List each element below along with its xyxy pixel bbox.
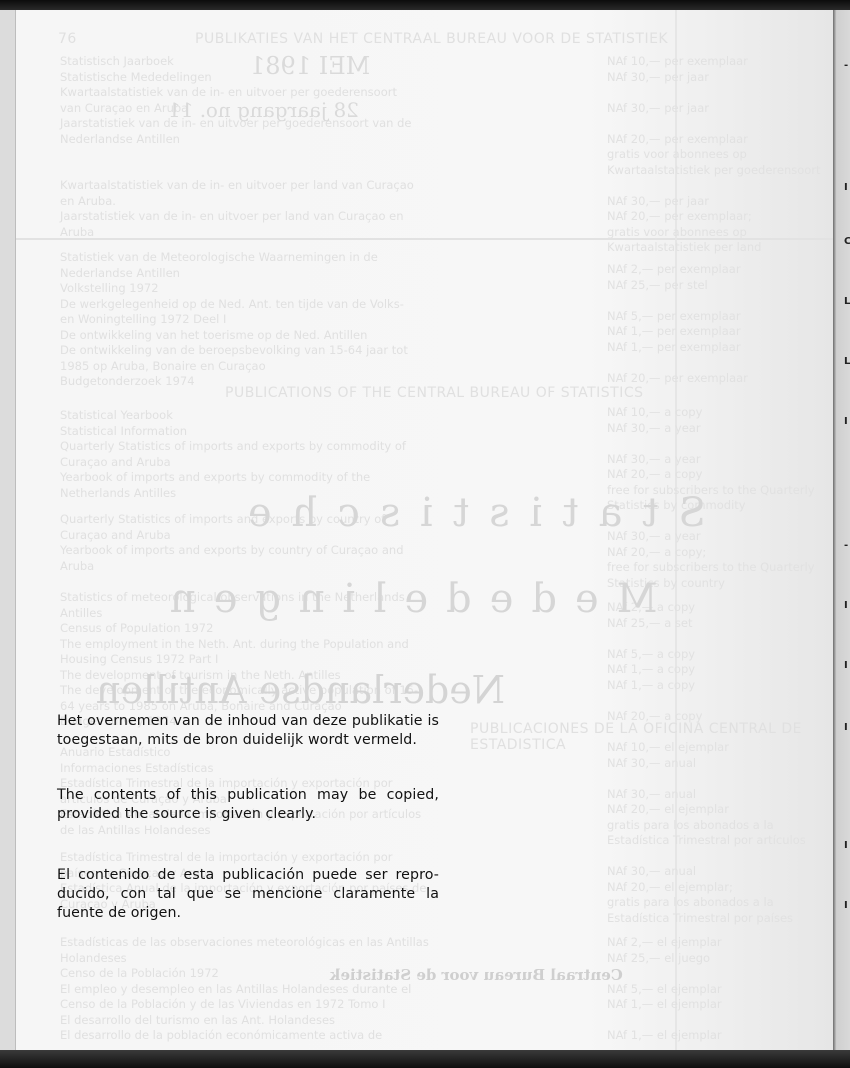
binding-glyph: I	[844, 900, 848, 911]
show-through-header-en: PUBLICATIONS OF THE CENTRAL BUREAU OF ST…	[225, 386, 644, 402]
show-through-prices-nl-2: NAf 2,— per exemplaar NAf 25,— per stel …	[607, 262, 837, 386]
binding-tick: -	[844, 60, 848, 71]
mirrored-issue: 28 jaargang no. 11	[168, 98, 359, 122]
scan-bottom-border	[0, 1050, 850, 1068]
binding-glyph: I	[844, 416, 848, 427]
binding-glyph: L	[844, 296, 850, 307]
binding-tick: -	[844, 540, 848, 551]
show-through-list-en-1: Statistical Yearbook Statistical Informa…	[60, 408, 425, 501]
show-through-list-nl-2: Kwartaalstatistiek van de in- en uitvoer…	[60, 178, 420, 240]
show-through-list-es-3: Estadísticas de las observaciones meteor…	[60, 935, 430, 1044]
mirrored-date: MEI 1981	[250, 52, 370, 80]
binding-glyph: L	[844, 356, 850, 367]
binding-glyph: I	[844, 840, 848, 851]
show-through-prices-nl-1: NAf 10,— per exemplaar NAf 30,— per jaar…	[607, 54, 837, 256]
mirrored-title-2: Mededelingen	[152, 576, 658, 622]
scan-top-border	[0, 0, 850, 10]
show-through-prices-es-2: NAf 2,— el ejemplar NAf 25,— el juego NA…	[607, 935, 837, 1044]
binding-edge	[833, 10, 850, 1050]
binding-glyph: I	[844, 600, 848, 611]
adjacent-page-edge	[0, 10, 16, 1050]
binding-glyph: I	[844, 660, 848, 671]
show-through-list-nl-3: Statistiek van de Meteorologische Waarne…	[60, 250, 420, 390]
mirrored-title-1: Statistische	[228, 490, 706, 536]
show-through-prices-es-1: NAf 10,— el ejemplar NAf 30,— anual NAf …	[607, 740, 837, 926]
notice-spanish: El contenido de esta publicación puede s…	[57, 866, 439, 923]
binding-glyph: I	[844, 722, 848, 733]
binding-glyph: I	[844, 182, 848, 193]
notice-english: The contents of this publication may be …	[57, 786, 439, 824]
binding-glyph: C	[844, 236, 850, 247]
mirrored-title-3: Nederlandse Antillen	[96, 668, 505, 712]
notice-dutch: Het overnemen van de inhoud van deze pub…	[57, 712, 439, 750]
mirrored-publisher: Centraal Bureau voor de Statistiek	[330, 966, 623, 984]
show-through-page-number: 76	[58, 32, 77, 48]
scanned-page: 76 PUBLIKATIES VAN HET CENTRAAL BUREAU V…	[0, 0, 850, 1068]
show-through-header-nl: PUBLIKATIES VAN HET CENTRAAL BUREAU VOOR…	[195, 32, 668, 48]
